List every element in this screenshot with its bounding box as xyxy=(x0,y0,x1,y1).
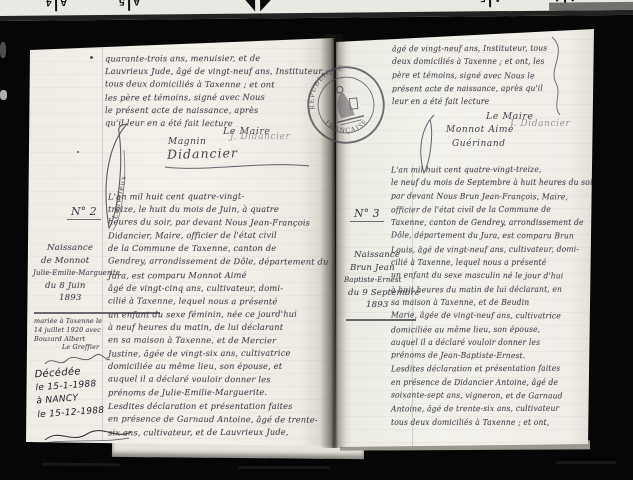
handwritten-line: prénoms de Julie-Emilie-Marguerite. xyxy=(108,386,329,400)
handwritten-line: Louis, âgé de vingt-neuf ans, cultivateu… xyxy=(391,242,596,256)
scanner-ruler: 4 A 5 A 5 A 4 A xyxy=(0,0,633,21)
handwritten-line: un enfant du sexe féminin, née ce jourd'… xyxy=(108,307,329,321)
record-3-text: L'an mil huit cent quatre-vingt-treize, … xyxy=(391,163,596,429)
paper-size-letter: A xyxy=(60,0,67,6)
handwritten-line: Lesdites déclaration et présentation fai… xyxy=(391,362,596,376)
scan-artifact xyxy=(0,90,7,100)
paper-size-letter: A xyxy=(133,0,140,6)
handwritten-line: à huit heures du matin de lui déclarant,… xyxy=(391,282,596,296)
handwritten-line: père et témoins, signé avec Nous le xyxy=(392,68,547,82)
ruler-tick xyxy=(55,0,57,11)
margin-note-line: mariée à Taxenne le xyxy=(34,317,102,326)
handwritten-line: par devant Nous Brun Jean-François, Mair… xyxy=(391,189,596,203)
handwritten-line: Didancier, Maire, officier de l'état civ… xyxy=(108,229,329,243)
paper-size-label: 4 A xyxy=(46,0,67,12)
record-2-closing-text: âgé de vingt-neuf ans, Instituteur, tous… xyxy=(392,42,547,108)
handwritten-line: six ans, cultivateur, et de Lauvrieux Ju… xyxy=(108,425,329,439)
ruler-shadow-wedge xyxy=(549,2,633,11)
handwritten-line: âgé de vingt-neuf ans, Instituteur, tous xyxy=(392,42,547,56)
handwritten-line: treize, le huit du mois de Juin, à quatr… xyxy=(108,203,328,216)
paper-size-label: 5 A xyxy=(480,0,501,7)
ruler-tick xyxy=(128,0,130,11)
paper-size-digit: 4 xyxy=(555,0,561,2)
handwritten-line: officier de l'état civil de la Commune d… xyxy=(391,202,596,216)
handwritten-line: le présent acte de naissance, après xyxy=(105,104,324,117)
handwritten-line: âgé de vingt-cinq ans, cultivateur, domi… xyxy=(108,282,328,295)
handwritten-line: Gendrey, arrondissement de Dôle, départe… xyxy=(108,255,329,269)
handwritten-line: quarante-trois ans, menuisier, et de xyxy=(105,52,324,66)
handwritten-line: domiciliée au même lieu, son épouse, et xyxy=(108,360,328,373)
handwritten-line: un enfant du sexe masculin né le jour d'… xyxy=(391,269,596,283)
handwritten-line: présent acte de naissance, après qu'il xyxy=(392,82,547,96)
handwritten-line: Justine, âgée de vingt-six ans, cultivat… xyxy=(108,347,329,361)
margin-note-line: 14 juillet 1920 avec xyxy=(34,326,102,335)
handwritten-line: Lauvrieux Jude, âgé de vingt-neuf ans, I… xyxy=(105,65,324,78)
record-number: N° 2 xyxy=(67,205,101,220)
handwritten-line: leur en a été fait lecture xyxy=(392,95,547,108)
handwritten-line: Antoine, âgé de trente-six ans, cultivat… xyxy=(391,402,596,416)
signature-swash xyxy=(163,160,313,172)
signature-mayor-faded: J. Didancier xyxy=(510,119,570,129)
film-frame-marker-icon xyxy=(260,0,277,11)
handwritten-line: L'an mil huit cent quatre-vingt-treize, xyxy=(391,163,596,177)
margin-note-line: Le Greffier xyxy=(62,343,102,352)
handwritten-line: sa maison à Taxenne, et de Beudin xyxy=(391,296,596,309)
handwritten-line: Jura, est comparu Monnot Aimé xyxy=(108,268,329,282)
record-2-text: L'an mil huit cent quatre-vingt- treize,… xyxy=(108,190,328,439)
table-mark xyxy=(556,461,616,464)
handwritten-line: auquel il a déclaré vouloir donner les xyxy=(391,336,596,349)
handwritten-line: les père et témoins, signé avec Nous xyxy=(105,91,324,105)
brace-flourish xyxy=(546,35,570,117)
paper-size-digit: 4 xyxy=(46,0,52,7)
ruler-tick xyxy=(489,0,491,7)
handwritten-line: tous deux domiciliés à Taxenne ; et ont, xyxy=(391,416,596,429)
signature-mayor-faded: J. Didancier xyxy=(230,132,290,142)
handwritten-line: Taxenne, canton de Gendrey, arrondisseme… xyxy=(391,216,596,229)
handwritten-line: deux domiciliés à Taxenne ; et ont, les xyxy=(392,55,547,68)
scan-artifact xyxy=(0,42,6,58)
handwritten-line: cilié à Taxenne, lequel nous a présenté xyxy=(108,294,329,308)
handwritten-line: en sa maison à Taxenne, et de Mercier xyxy=(108,333,329,347)
handwritten-line: Marie, âgée de vingt-neuf ans, cultivatr… xyxy=(391,309,596,323)
record-1-closing-text: quarante-trois ans, menuisier, et de Lau… xyxy=(105,52,324,131)
handwritten-line: le neuf du mois de Septembre à huit heur… xyxy=(391,176,596,189)
paper-size-digit: 5 xyxy=(480,0,486,2)
margin-marriage-note: mariée à Taxenne le 14 juillet 1920 avec… xyxy=(34,317,102,352)
handwritten-line: Lesdites déclaration et présentation fai… xyxy=(108,400,328,413)
handwritten-line: en présence de Garnaud Antoine, âgé de t… xyxy=(108,412,329,426)
paper-size-letter: A xyxy=(494,0,501,2)
ink-speck xyxy=(77,151,79,153)
handwritten-line: domiciliée au même lieu, son épouse, xyxy=(391,322,596,336)
handwritten-line: à neuf heures du matin, de lui déclarant xyxy=(108,321,328,334)
paper-size-digit: 5 xyxy=(119,0,125,6)
record-number: N° 3 xyxy=(350,207,384,222)
handwritten-line: cilié à Taxenne, lequel nous a présenté xyxy=(391,256,596,269)
table-mark xyxy=(42,463,120,467)
microfilm-scan: 4 A 5 A 5 A 4 A qua xyxy=(0,0,633,480)
table-mark xyxy=(238,466,330,469)
paper-size-letter: A xyxy=(569,0,576,1)
left-page: quarante-trois ans, menuisier, et de Lau… xyxy=(25,36,338,449)
handwritten-line: Dôle, département du Jura, est comparu B… xyxy=(391,229,596,243)
signature-witness: Guérinand xyxy=(452,139,506,149)
signature-father: Monnot Aimé xyxy=(446,125,514,135)
handwritten-line: L'an mil huit cent quatre-vingt- xyxy=(108,190,329,204)
ink-speck xyxy=(90,56,93,59)
handwritten-line: de la Commune de Taxenne, canton de xyxy=(108,242,328,255)
margin-death-note: Décédée le 15-1-1988 à NANCY le 15-12-19… xyxy=(34,364,105,423)
handwritten-line: en présence de Didancier Antoine, âgé de xyxy=(391,376,596,389)
paper-size-label: 5 A xyxy=(119,0,140,11)
film-frame-marker-icon xyxy=(240,0,255,12)
